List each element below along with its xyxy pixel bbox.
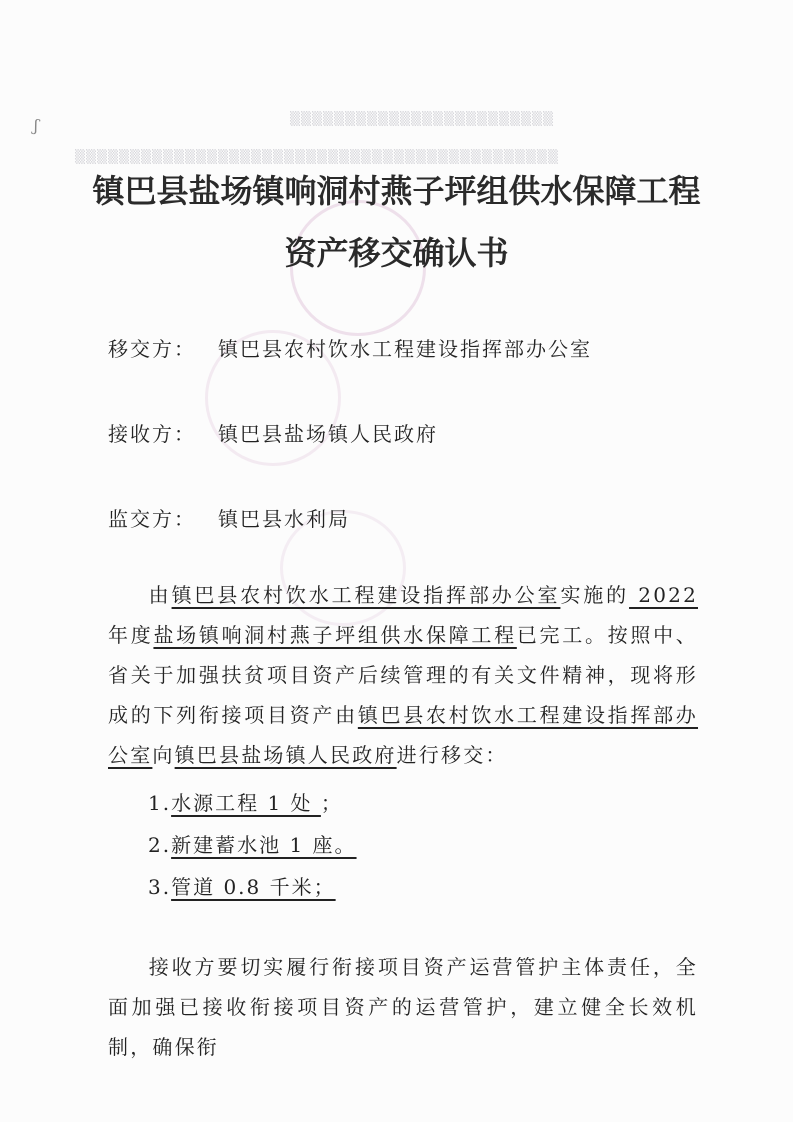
transferor-value: 镇巴县农村饮水工程建设指挥部办公室 [218,337,592,361]
receiver-value: 镇巴县盐场镇人民政府 [218,422,438,446]
supervisor-value: 镇巴县水利局 [218,507,350,531]
project-name: 盐场镇响洞村燕子坪组供水保障工程 [153,623,516,647]
responsibility-paragraph: 接收方要切实履行衔接项目资产运营管护主体责任，全面加强已接收衔接项目资产的运营管… [108,947,698,1067]
asset-item: 1.水源工程 1 处 ； [148,787,343,816]
transferor-row: 移交方：镇巴县农村饮水工程建设指挥部办公室 [108,333,592,362]
document-title-line2: 资产移交确认书 [0,228,793,274]
to-party: 镇巴县盐场镇人民政府 [175,743,397,767]
receiver-row: 接收方：镇巴县盐场镇人民政府 [108,418,438,447]
project-year: 2022 [629,583,698,607]
supervisor-row: 监交方：镇巴县水利局 [108,503,350,532]
handover-paragraph: 由镇巴县农村饮水工程建设指挥部办公室实施的 2022 年度盐场镇响洞村燕子坪组供… [108,575,698,775]
margin-pen-mark: ʃ [32,116,40,135]
implementer-name: 镇巴县农村饮水工程建设指挥部办公室 [172,583,561,607]
document-title-line1: 镇巴县盐场镇响洞村燕子坪组供水保障工程 [0,166,793,212]
supervisor-label: 监交方： [108,507,196,531]
bleed-through-text: ▒▒▒▒▒▒▒▒▒▒▒▒▒▒▒▒▒▒▒▒▒▒▒▒ [290,112,554,127]
bleed-through-text: ▒▒▒▒▒▒▒▒▒▒▒▒▒▒▒▒▒▒▒▒▒▒▒▒▒▒▒▒▒▒▒▒▒▒▒▒▒▒▒▒… [75,150,559,165]
asset-item: 2.新建蓄水池 1 座。 [148,829,357,858]
asset-item: 3.管道 0.8 千米； [148,871,336,900]
receiver-label: 接收方： [108,422,196,446]
transferor-label: 移交方： [108,337,196,361]
